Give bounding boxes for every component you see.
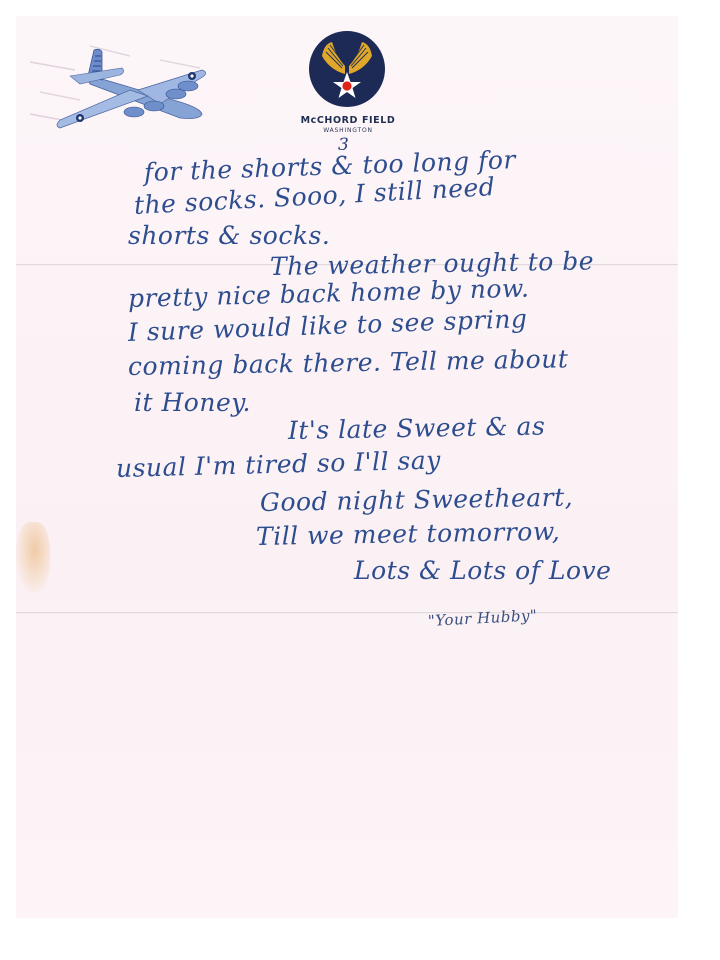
air-corps-insignia-icon <box>308 30 386 108</box>
paper-stain <box>16 522 50 592</box>
letter-closing-1: Good night Sweetheart, <box>260 483 574 517</box>
letter-line-9: It's late Sweet & as <box>288 412 546 445</box>
letter-closing-3: Lots & Lots of Love <box>354 556 611 585</box>
letter-page: McCHORD FIELD WASHINGTON 3 for the short… <box>16 16 678 918</box>
letter-line-10: usual I'm tired so I'll say <box>116 446 442 483</box>
letter-line-3: shorts & socks. <box>128 221 330 250</box>
signature: "Your Hubby" <box>428 606 538 630</box>
bomber-airplane-icon <box>30 32 230 132</box>
fold-crease-lower <box>16 612 678 614</box>
letter-closing-2: Till we meet tomorrow, <box>256 517 561 551</box>
letter-line-8: it Honey. <box>134 388 251 417</box>
letterhead-title: McCHORD FIELD <box>286 115 410 126</box>
letter-line-7: coming back there. Tell me about <box>128 344 569 381</box>
letterhead-location: WASHINGTON <box>286 127 410 134</box>
